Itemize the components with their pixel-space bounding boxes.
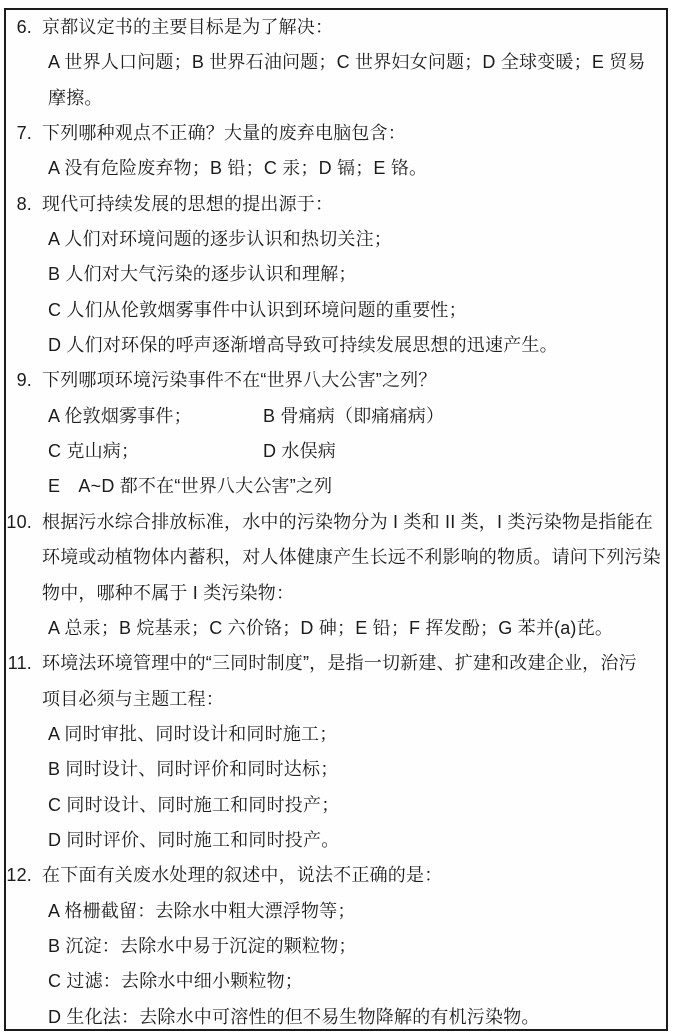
option-cell: D 水俣病	[263, 434, 664, 469]
question-stem-text: 现代可持续发展的思想的提出源于：	[42, 194, 333, 214]
option-pair-row: A 伦敦烟雾事件； B 骨痛病（即痛痛病）	[6, 399, 664, 434]
option-pair-row: C 克山病； D 水俣病	[6, 434, 664, 469]
question-11: 11. 环境法环境管理中的“三同时制度”，是指一切新建、扩建和改建企业，治污 项…	[6, 646, 664, 858]
question-number: 10.	[6, 505, 32, 540]
question-stem-line: 7. 下列哪种观点不正确？大量的废弃电脑包含：	[6, 116, 664, 151]
question-stem-text: 环境法环境管理中的“三同时制度”，是指一切新建、扩建和改建企业，治污	[42, 653, 637, 673]
option-line: B 沉淀：去除水中易于沉淀的颗粒物；	[6, 929, 664, 964]
question-stem-line: 8. 现代可持续发展的思想的提出源于：	[6, 187, 664, 222]
option-line: A 总汞；B 烷基汞；C 六价铬；D 砷；E 铅；F 挥发酚；G 苯并(a)芘。	[6, 611, 664, 646]
question-stem-line: 物中，哪种不属于 I 类污染物：	[6, 576, 664, 611]
question-stem-text: 在下面有关废水处理的叙述中，说法不正确的是：	[42, 865, 442, 885]
option-cell: A 伦敦烟雾事件；	[48, 399, 263, 434]
question-12: 12. 在下面有关废水处理的叙述中，说法不正确的是： A 格栅截留：去除水中粗大…	[6, 858, 664, 1035]
option-line: C 过滤：去除水中细小颗粒物；	[6, 964, 664, 999]
question-10: 10. 根据污水综合排放标准，水中的污染物分为 I 类和 II 类，I 类污染物…	[6, 505, 664, 646]
question-7: 7. 下列哪种观点不正确？大量的废弃电脑包含： A 没有危险废弃物；B 铅；C …	[6, 116, 664, 187]
exam-questions-page: 6. 京都议定书的主要目标是为了解决： A 世界人口问题；B 世界石油问题；C …	[6, 10, 664, 1035]
option-line: D 人们对环保的呼声逐渐增高导致可持续发展思想的迅速产生。	[6, 328, 664, 363]
option-line: A 人们对环境问题的逐步认识和热切关注；	[6, 222, 664, 257]
question-stem-text: 下列哪种观点不正确？大量的废弃电脑包含：	[42, 123, 406, 143]
question-8: 8. 现代可持续发展的思想的提出源于： A 人们对环境问题的逐步认识和热切关注；…	[6, 187, 664, 364]
question-stem-line: 项目必须与主题工程：	[6, 682, 664, 717]
option-line: A 世界人口问题；B 世界石油问题；C 世界妇女问题；D 全球变暖；E 贸易	[6, 45, 664, 80]
question-stem-line: 环境或动植物体内蓄积，对人体健康产生长远不利影响的物质。请问下列污染	[6, 540, 664, 575]
question-stem-text: 根据污水综合排放标准，水中的污染物分为 I 类和 II 类，I 类污染物是指能在	[42, 512, 653, 532]
option-cell: C 克山病；	[48, 434, 263, 469]
option-line: E A~D 都不在“世界八大公害”之列	[6, 469, 664, 504]
question-stem-line: 9. 下列哪项环境污染事件不在“世界八大公害”之列？	[6, 363, 664, 398]
option-line: B 同时设计、同时评价和同时达标；	[6, 752, 664, 787]
question-stem-text: 京都议定书的主要目标是为了解决：	[42, 17, 333, 37]
question-number: 7.	[6, 116, 32, 151]
option-cell: B 骨痛病（即痛痛病）	[263, 399, 664, 434]
option-line: A 没有危险废弃物；B 铅；C 汞；D 镉；E 铬。	[6, 151, 664, 186]
question-6: 6. 京都议定书的主要目标是为了解决： A 世界人口问题；B 世界石油问题；C …	[6, 10, 664, 116]
question-number: 11.	[6, 646, 32, 681]
option-line: C 人们从伦敦烟雾事件中认识到环境问题的重要性；	[6, 293, 664, 328]
question-stem-line: 12. 在下面有关废水处理的叙述中，说法不正确的是：	[6, 858, 664, 893]
question-stem-line: 10. 根据污水综合排放标准，水中的污染物分为 I 类和 II 类，I 类污染物…	[6, 505, 664, 540]
question-number: 8.	[6, 187, 32, 222]
option-line: B 人们对大气污染的逐步认识和理解；	[6, 257, 664, 292]
question-9: 9. 下列哪项环境污染事件不在“世界八大公害”之列？ A 伦敦烟雾事件； B 骨…	[6, 363, 664, 504]
option-line: A 格栅截留：去除水中粗大漂浮物等；	[6, 894, 664, 929]
option-line: D 同时评价、同时施工和同时投产。	[6, 823, 664, 858]
option-line: D 生化法：去除水中可溶性的但不易生物降解的有机污染物。	[6, 1000, 664, 1035]
option-line: 摩擦。	[6, 81, 664, 116]
question-number: 12.	[6, 858, 32, 893]
question-number: 6.	[6, 10, 32, 45]
question-stem-line: 11. 环境法环境管理中的“三同时制度”，是指一切新建、扩建和改建企业，治污	[6, 646, 664, 681]
question-stem-text: 下列哪项环境污染事件不在“世界八大公害”之列？	[42, 370, 437, 390]
question-number: 9.	[6, 363, 32, 398]
question-stem-line: 6. 京都议定书的主要目标是为了解决：	[6, 10, 664, 45]
option-line: A 同时审批、同时设计和同时施工；	[6, 717, 664, 752]
option-line: C 同时设计、同时施工和同时投产；	[6, 788, 664, 823]
